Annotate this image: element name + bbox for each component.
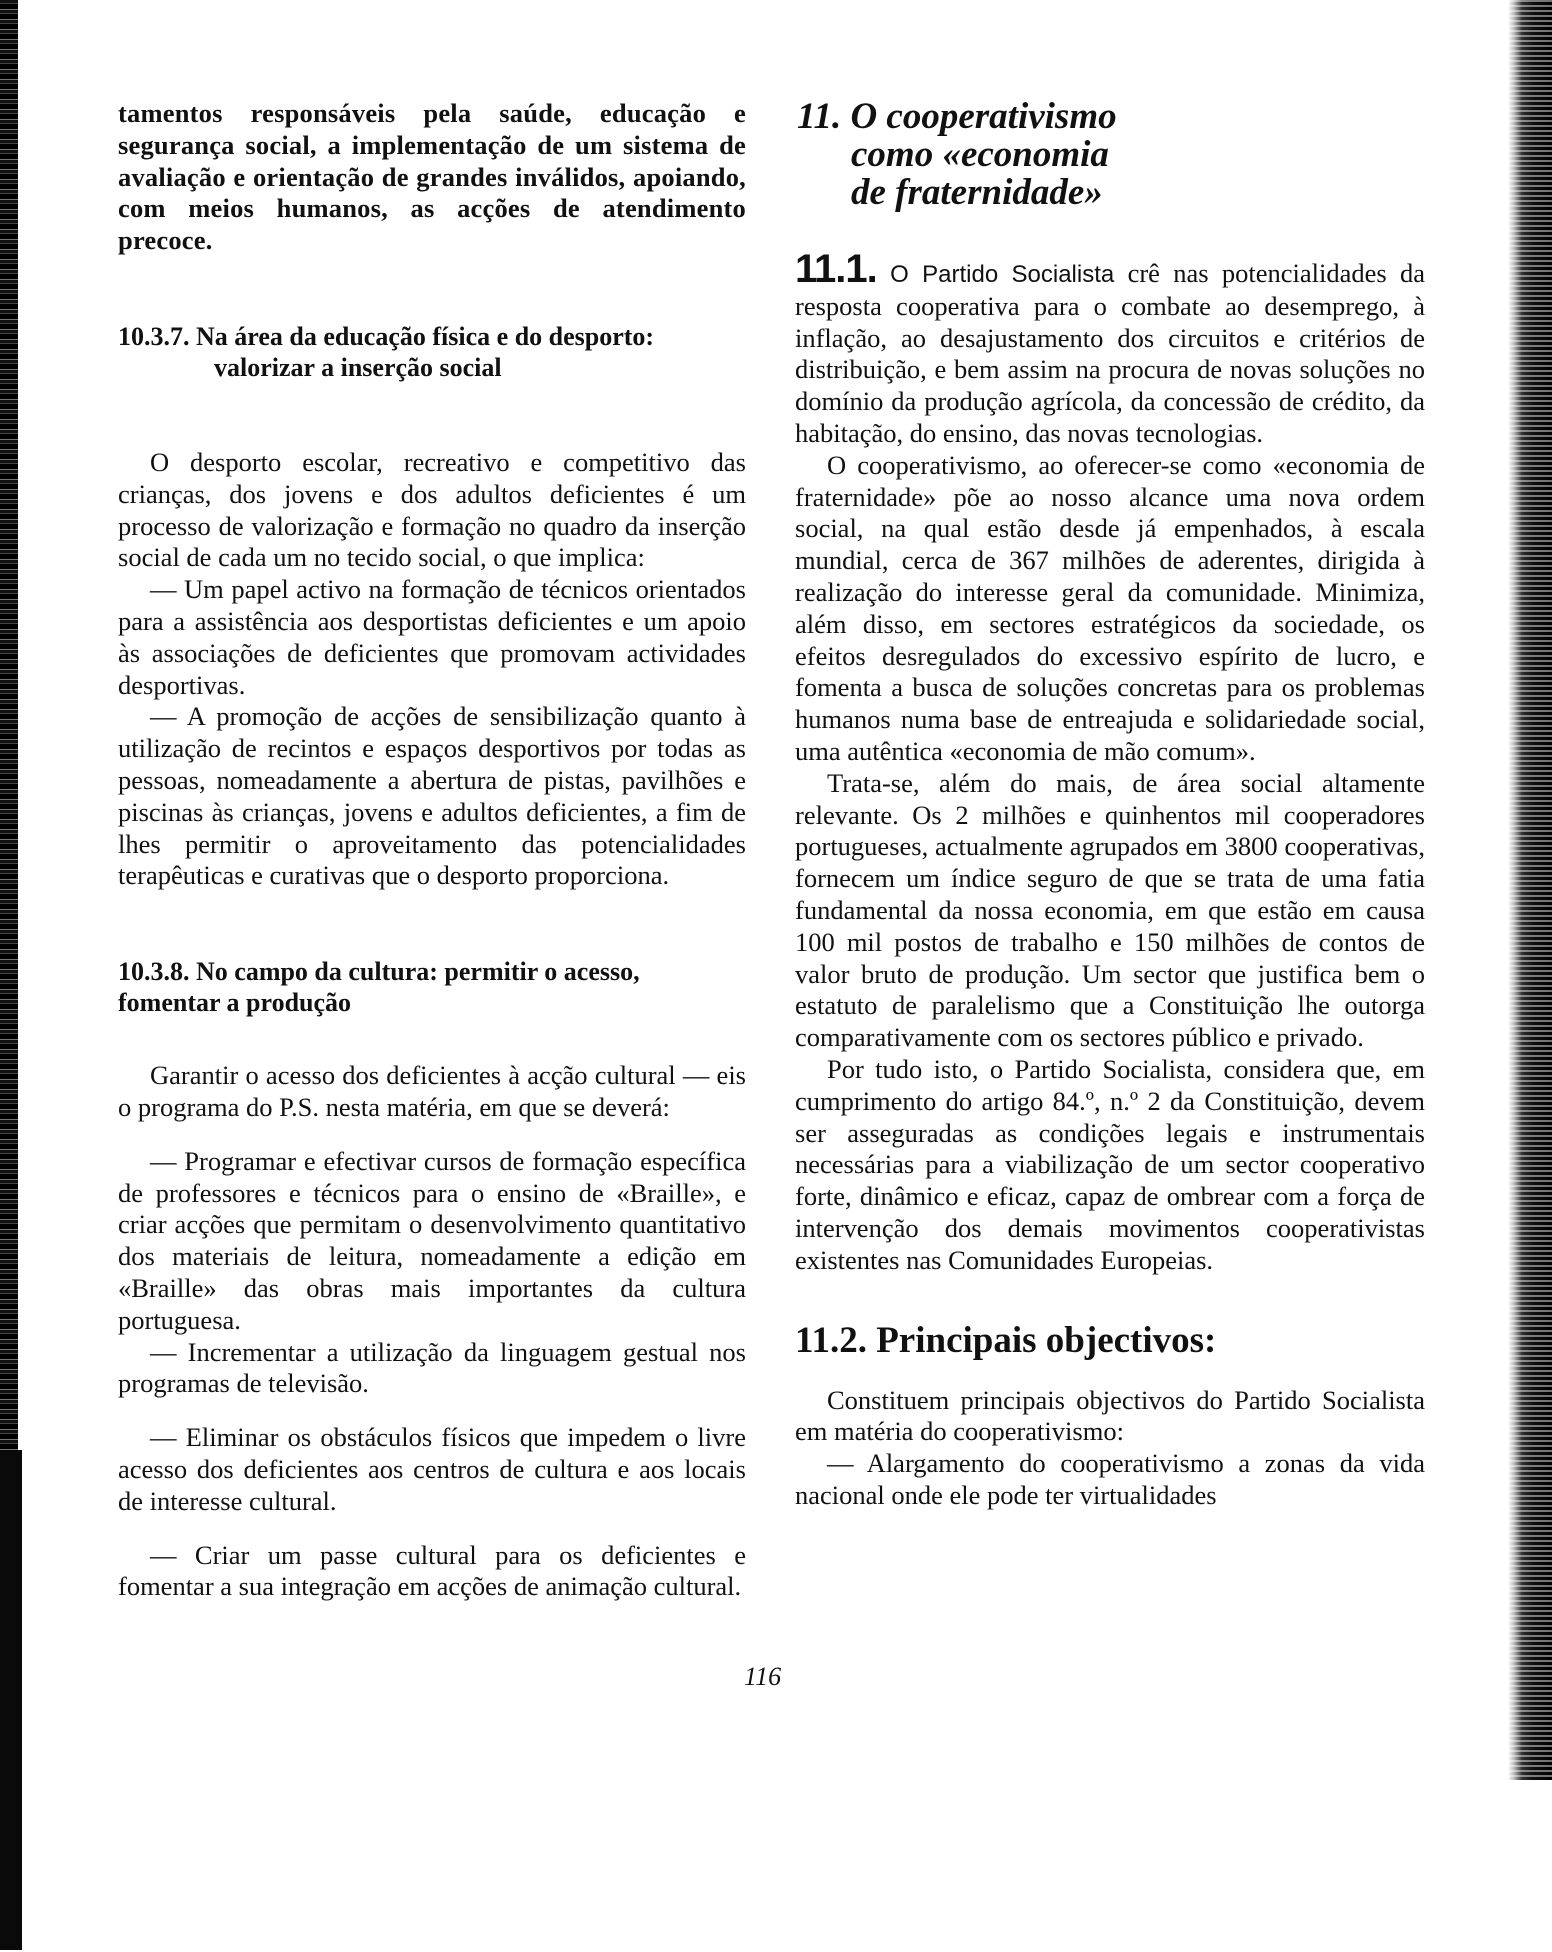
list-item: — Criar um passe cultural para os defici… [118, 1540, 746, 1604]
chapter-11-title: 11. O cooperativismo como «economia de f… [797, 98, 1425, 212]
section-11-1-lead: O Partido Socialista [890, 261, 1114, 288]
list-item: — A promoção de acções de sensibilização… [118, 701, 746, 892]
left-column: tamentos responsáveis pela saúde, educaç… [118, 98, 746, 1603]
paragraph: O cooperativismo, ao oferecer-se como «e… [795, 450, 1425, 768]
paragraph: Trata-se, além do mais, de área social a… [795, 768, 1425, 1054]
paragraph: Por tudo isto, o Partido Socialista, con… [795, 1054, 1425, 1277]
title-line-2: como «economia [797, 136, 1425, 174]
title-line-1: 11. O cooperativismo [797, 96, 1117, 137]
section-11-1-number: 11.1. [795, 247, 877, 291]
section-10-3-7-heading: 10.3.7. Na área da educação física e do … [118, 321, 746, 383]
heading-line-1: 10.3.8. No campo da cultura: permitir o … [118, 957, 640, 986]
heading-line-2: valorizar a inserção social [118, 352, 746, 383]
paragraph: Garantir o acesso dos deficientes à acçã… [118, 1060, 746, 1124]
right-column: 11. O cooperativismo como «economia de f… [795, 98, 1425, 1512]
section-11-2-heading: 11.2. Principais objectivos: [795, 1319, 1425, 1363]
scan-border-left-lower [0, 1450, 22, 1950]
page-number: 116 [744, 1662, 781, 1692]
list-item: — Incrementar a utilização da linguagem … [118, 1337, 746, 1401]
section-11-1-paragraph: 11.1. O Partido Socialista crê nas poten… [795, 254, 1425, 450]
paragraph: O desporto escolar, recreativo e competi… [118, 447, 746, 574]
list-item: — Programar e efectivar cursos de formaç… [118, 1146, 746, 1337]
title-line-3: de fraternidade» [797, 174, 1425, 212]
section-10-3-8-heading: 10.3.8. No campo da cultura: permitir o … [118, 956, 746, 1018]
heading-line-2: fomentar a produção [118, 988, 351, 1017]
list-item: — Eliminar os obstáculos físicos que imp… [118, 1422, 746, 1517]
list-item: — Um papel activo na formação de técnico… [118, 574, 746, 701]
heading-line-1: 10.3.7. Na área da educação física e do … [118, 322, 654, 351]
scan-border-right [1508, 0, 1552, 1780]
continuation-paragraph: tamentos responsáveis pela saúde, educaç… [118, 98, 746, 257]
list-item: — Alargamento do cooperativismo a zonas … [795, 1448, 1425, 1512]
paragraph: Constituem principais objectivos do Part… [795, 1385, 1425, 1449]
